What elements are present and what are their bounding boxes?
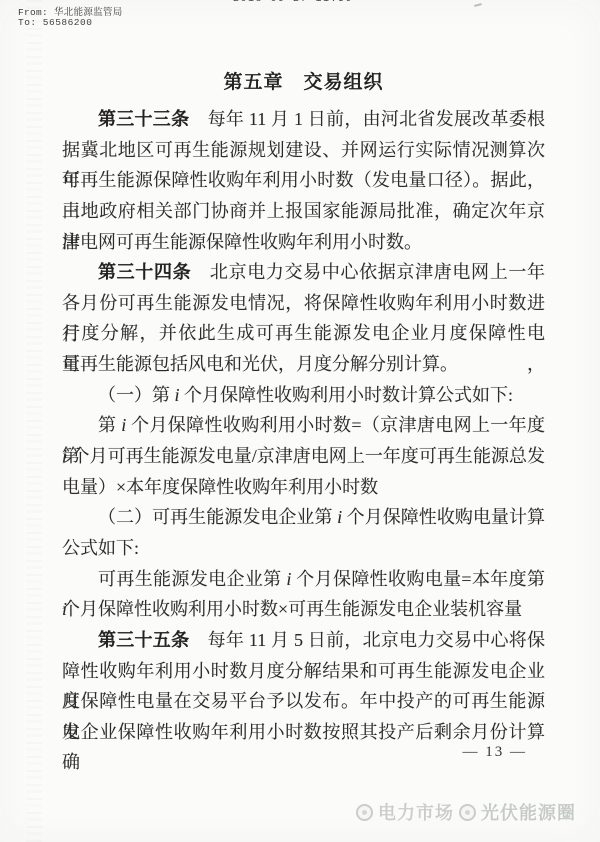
- text-line: 第 i 个月保障性收购利用小时数=（京津唐电网上一年度第: [62, 410, 545, 441]
- text-line: 度保障性电量在交易平台予以发布。年中投产的可再生能源发: [62, 686, 545, 717]
- text-line: 公式如下:: [62, 533, 545, 564]
- scan-edge-noise: [26, 0, 42, 842]
- watermark-power-market-label: 电力市场: [378, 799, 454, 825]
- pv-energy-circle-logo-icon: [459, 804, 476, 821]
- text-line: 可再生能源发电企业第 i 个月保障性收购电量=本年度第 i: [62, 564, 545, 595]
- stray-pen-mark: [474, 3, 482, 7]
- fax-header-from: From: 华北能源监管局: [18, 4, 123, 18]
- text-line: 可再生能源保障性收购年利用小时数（发电量口径）。据此，由: [62, 165, 545, 196]
- text-line: 电企业保障性收购年利用小时数按照其投产后剩余月份计算确: [62, 717, 545, 748]
- text-line: 据冀北地区可再生能源规划建设、并网运行实际情况测算次年: [62, 135, 545, 166]
- watermark: 电力市场 光伏能源圈: [356, 799, 576, 825]
- text-line: 第三十四条 北京电力交易中心依据京津唐电网上一年: [62, 257, 545, 288]
- fax-timestamp-clipped: 2018-09-27 11:59: [233, 0, 413, 7]
- power-market-logo-icon: [356, 804, 373, 821]
- page-number: — 13 —: [62, 744, 527, 761]
- text-line: （二）可再生能源发电企业第 i 个月保障性收购电量计算: [62, 502, 545, 533]
- text-line: 个月保障性收购利用小时数×可再生能源发电企业装机容量: [62, 594, 545, 625]
- text-line: （一）第 i 个月保障性收购利用小时数计算公式如下:: [62, 380, 545, 411]
- chapter-title: 第五章 交易组织: [62, 68, 545, 98]
- text-line: 第三十三条 每年 11 月 1 日前，由河北省发展改革委根: [62, 104, 545, 135]
- fax-header-to: To: 56586200: [18, 17, 92, 28]
- text-line: 三地政府相关部门协商并上报国家能源局批准，确定次年京津: [62, 196, 545, 227]
- fax-timestamp-text: 2018-09-27 11:59: [233, 0, 413, 5]
- text-line: 月度分解，并依此生成可再生能源发电企业月度保障性电量，: [62, 318, 545, 349]
- text-line: 障性收购年利用小时数月度分解结果和可再生能源发电企业月: [62, 656, 545, 687]
- text-line: i 个月可再生能源发电量/京津唐电网上一年度可再生能源总发: [62, 441, 545, 472]
- document-body: 第三十三条 每年 11 月 1 日前，由河北省发展改革委根据冀北地区可再生能源规…: [62, 104, 545, 747]
- text-line: 第三十五条 每年 11 月 5 日前，北京电力交易中心将保: [62, 625, 545, 656]
- text-line: 各月份可再生能源发电情况，将保障性收购年利用小时数进行: [62, 288, 545, 319]
- scanned-document-page: From: 华北能源监管局 To: 56586200 2018-09-27 11…: [0, 0, 600, 842]
- text-line: 电量）×本年度保障性收购年利用小时数: [62, 472, 545, 503]
- watermark-pv-energy-circle-label: 光伏能源圈: [481, 799, 576, 825]
- text-line: 唐电网可再生能源保障性收购年利用小时数。: [62, 227, 545, 258]
